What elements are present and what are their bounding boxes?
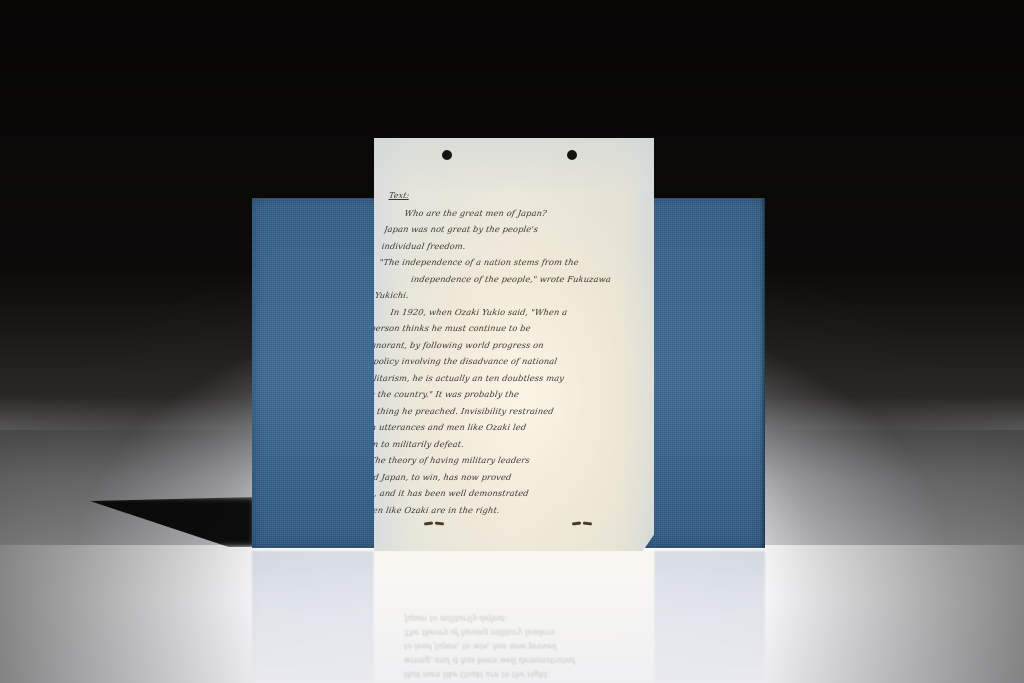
manuscript-line: wrong, and it has been well demonstrated bbox=[346, 485, 606, 502]
manuscript-line: the the country." It was probably the bbox=[360, 386, 620, 403]
reflected-line: that men like Ozaki are in the right. bbox=[404, 667, 634, 681]
manuscript-line: ignorant, by following world progress on bbox=[367, 337, 627, 354]
folder-reflection-left bbox=[252, 551, 374, 683]
blue-folder-left-panel bbox=[252, 198, 380, 548]
reflected-line: to lead Japan, to win, has now proved bbox=[404, 639, 634, 653]
manuscript-page: Text: Who are the great men of Japan? Ja… bbox=[374, 138, 654, 551]
manuscript-line: Yukichi. bbox=[374, 287, 634, 304]
reflected-line: wrong, and it has been well demonstrated bbox=[404, 653, 634, 667]
reflected-line: The theory of having military leaders bbox=[404, 625, 634, 639]
manuscript-line: The theory of having military leaders bbox=[351, 452, 611, 469]
manuscript-line: In 1920, when Ozaki Yukio said, "When a bbox=[371, 304, 631, 321]
manuscript-line: Japan to militarily defeat. bbox=[353, 436, 613, 453]
manuscript-line: individual freedom. bbox=[381, 238, 641, 255]
manuscript-line: last thing he preached. Invisibility res… bbox=[358, 403, 618, 420]
manuscript-line: Japan was not great by the people's bbox=[383, 221, 643, 238]
manuscript-line: "The independence of a nation stems from… bbox=[378, 254, 638, 271]
manuscript-line: person thinks he must continue to be bbox=[369, 320, 629, 337]
folder-reflection-right bbox=[654, 551, 765, 683]
ink-mark-icon bbox=[572, 520, 594, 526]
manuscript-line: that men like Ozaki are in the right. bbox=[344, 502, 604, 519]
reflected-line: Japan to militarily defeat. bbox=[404, 611, 634, 625]
reflected-text: that men like Ozaki are in the right. wr… bbox=[404, 611, 634, 681]
punch-hole-icon bbox=[567, 150, 577, 160]
ink-mark-icon bbox=[424, 520, 446, 526]
manuscript-line: a policy involving the disadvance of nat… bbox=[364, 353, 624, 370]
blue-folder-right-panel bbox=[643, 198, 765, 548]
punch-hole-icon bbox=[442, 150, 452, 160]
manuscript-line: to lead Japan, to win, has now proved bbox=[348, 469, 608, 486]
product-photo-scene: Text: Who are the great men of Japan? Ja… bbox=[0, 0, 1024, 683]
floor-vignette-right bbox=[764, 430, 1024, 683]
floor-vignette-left bbox=[0, 430, 260, 683]
page-reflection: that men like Ozaki are in the right. wr… bbox=[374, 551, 654, 683]
manuscript-line: Who are the great men of Japan? bbox=[385, 205, 645, 222]
manuscript-line: militarism, he is actually an ten doubtl… bbox=[362, 370, 622, 387]
handwritten-text: Text: Who are the great men of Japan? Ja… bbox=[344, 188, 648, 518]
manuscript-heading: Text: bbox=[388, 188, 648, 205]
manuscript-line: independence of the people," wrote Fukuz… bbox=[376, 271, 636, 288]
manuscript-line: such utterances and men like Ozaki led bbox=[355, 419, 615, 436]
